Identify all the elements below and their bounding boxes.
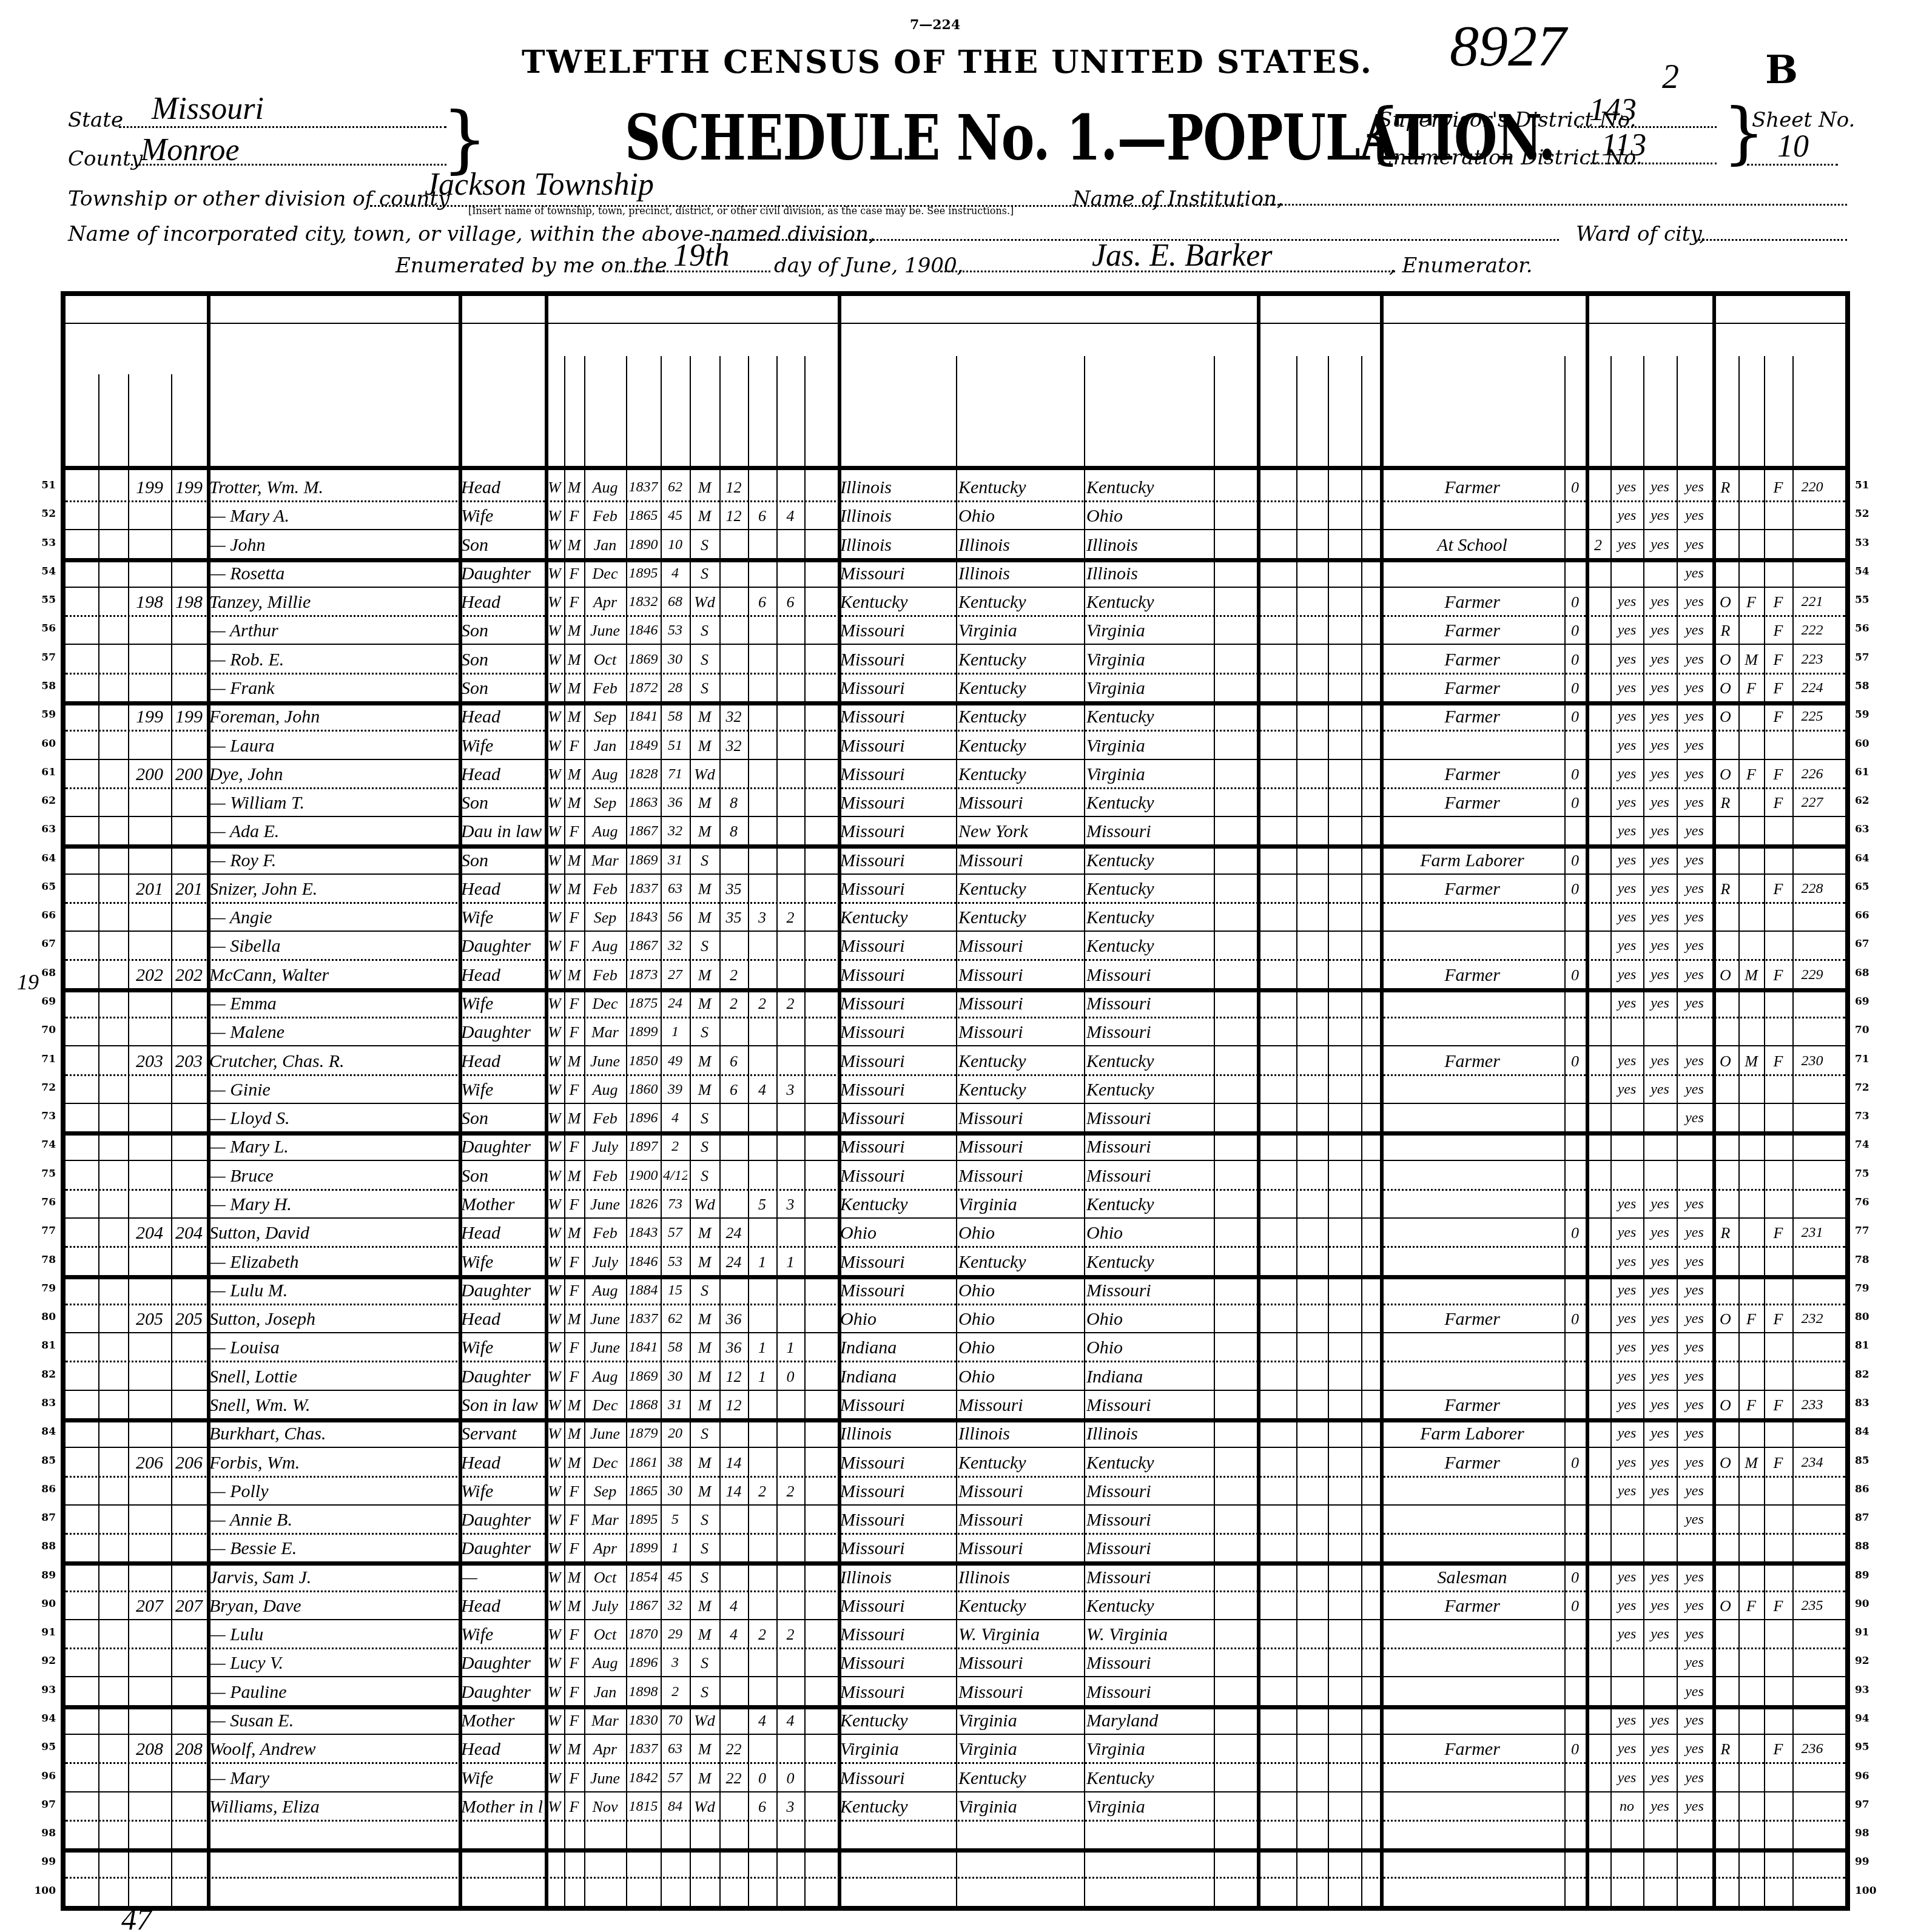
cell-age[interactable]: 38 bbox=[663, 1449, 687, 1477]
cell-color[interactable]: W bbox=[547, 1047, 562, 1075]
cell-free[interactable] bbox=[1741, 1506, 1762, 1534]
cell-schedule[interactable]: 235 bbox=[1795, 1592, 1829, 1620]
cell-own[interactable] bbox=[1715, 559, 1736, 588]
cell-year[interactable]: 1890 bbox=[628, 531, 658, 559]
cell-occupation[interactable]: Farmer bbox=[1382, 1735, 1562, 1763]
cell-month[interactable]: Nov bbox=[587, 1792, 624, 1821]
cell-dwelling[interactable] bbox=[130, 1419, 169, 1448]
cell-dwelling[interactable]: 200 bbox=[130, 760, 169, 789]
cell-color[interactable]: W bbox=[547, 1276, 562, 1305]
cell-mother-of[interactable] bbox=[750, 1534, 774, 1563]
cell-family[interactable]: 204 bbox=[173, 1219, 204, 1247]
cell-own[interactable]: O bbox=[1715, 645, 1736, 674]
cell-read[interactable]: yes bbox=[1613, 473, 1641, 502]
cell-school[interactable] bbox=[1588, 1162, 1608, 1190]
cell-write[interactable] bbox=[1646, 1162, 1674, 1190]
cell-yrs-married[interactable] bbox=[722, 1419, 745, 1448]
cell-name[interactable]: Snizer, John E. bbox=[209, 875, 456, 903]
cell-family[interactable]: 199 bbox=[173, 473, 204, 502]
cell-color[interactable]: W bbox=[547, 1792, 562, 1821]
cell-year[interactable]: 1899 bbox=[628, 1018, 658, 1046]
cell-yrs-married[interactable] bbox=[722, 1276, 745, 1305]
cell-year[interactable]: 1815 bbox=[628, 1792, 658, 1821]
cell-english[interactable]: yes bbox=[1679, 1592, 1710, 1620]
cell-father-birth[interactable]: Illinois bbox=[958, 1563, 1082, 1592]
cell-father-birth[interactable]: Kentucky bbox=[958, 1449, 1082, 1477]
cell-name[interactable]: — William T. bbox=[209, 789, 456, 817]
cell-father-birth[interactable] bbox=[958, 1850, 1082, 1878]
cell-school[interactable] bbox=[1588, 1506, 1608, 1534]
cell-marital[interactable]: Wd bbox=[692, 760, 717, 789]
cell-living[interactable] bbox=[779, 1162, 802, 1190]
cell-occupation[interactable]: Farmer bbox=[1382, 1391, 1562, 1419]
cell-english[interactable]: yes bbox=[1679, 817, 1710, 846]
cell-sex[interactable]: M bbox=[567, 1104, 582, 1133]
cell-schedule[interactable] bbox=[1795, 1018, 1829, 1046]
cell-month[interactable]: Dec bbox=[587, 989, 624, 1018]
cell-year[interactable]: 1837 bbox=[628, 1735, 658, 1763]
cell-write[interactable]: yes bbox=[1646, 1276, 1674, 1305]
cell-month[interactable]: Mar bbox=[587, 1506, 624, 1534]
cell-farm[interactable] bbox=[1766, 1534, 1790, 1563]
cell-relation[interactable]: Head bbox=[461, 1735, 542, 1763]
cell-mother-birth[interactable]: Maryland bbox=[1086, 1706, 1211, 1735]
cell-birth[interactable]: Missouri bbox=[840, 1391, 954, 1419]
cell-father-birth[interactable]: Missouri bbox=[958, 932, 1082, 960]
cell-age[interactable]: 4/12 bbox=[663, 1162, 687, 1190]
cell-name[interactable]: Foreman, John bbox=[209, 702, 456, 731]
cell-own[interactable]: O bbox=[1715, 588, 1736, 616]
cell-mother-of[interactable] bbox=[750, 1419, 774, 1448]
cell-yrs-married[interactable] bbox=[722, 1879, 745, 1907]
cell-dwelling[interactable] bbox=[130, 817, 169, 846]
cell-birth[interactable]: Missouri bbox=[840, 1678, 954, 1706]
cell-unemployed[interactable] bbox=[1567, 1706, 1583, 1735]
cell-sex[interactable]: F bbox=[567, 1075, 582, 1104]
cell-mother-birth[interactable]: Kentucky bbox=[1086, 932, 1211, 960]
cell-sex[interactable]: F bbox=[567, 1362, 582, 1391]
cell-father-birth[interactable]: Missouri bbox=[958, 1477, 1082, 1506]
cell-free[interactable]: F bbox=[1741, 674, 1762, 702]
cell-color[interactable]: W bbox=[547, 1534, 562, 1563]
cell-family[interactable] bbox=[173, 1362, 204, 1391]
cell-mother-birth[interactable]: Illinois bbox=[1086, 559, 1211, 588]
cell-name[interactable]: — Mary L. bbox=[209, 1133, 456, 1161]
cell-relation[interactable]: Daughter bbox=[461, 1133, 542, 1161]
cell-occupation[interactable] bbox=[1382, 1104, 1562, 1133]
cell-marital[interactable]: S bbox=[692, 1534, 717, 1563]
cell-yrs-married[interactable]: 32 bbox=[722, 702, 745, 731]
cell-read[interactable] bbox=[1613, 1678, 1641, 1706]
cell-age[interactable]: 53 bbox=[663, 1248, 687, 1276]
cell-name[interactable]: — Polly bbox=[209, 1477, 456, 1506]
cell-birth[interactable] bbox=[840, 1821, 954, 1850]
cell-month[interactable]: Oct bbox=[587, 645, 624, 674]
cell-occupation[interactable]: Salesman bbox=[1382, 1563, 1562, 1592]
cell-age[interactable]: 45 bbox=[663, 502, 687, 530]
cell-marital[interactable]: M bbox=[692, 903, 717, 932]
cell-occupation[interactable] bbox=[1382, 1248, 1562, 1276]
cell-schedule[interactable] bbox=[1795, 1649, 1829, 1677]
cell-color[interactable]: W bbox=[547, 1248, 562, 1276]
cell-age[interactable]: 56 bbox=[663, 903, 687, 932]
cell-schedule[interactable] bbox=[1795, 1477, 1829, 1506]
cell-age[interactable]: 63 bbox=[663, 1735, 687, 1763]
cell-mother-birth[interactable]: Kentucky bbox=[1086, 1248, 1211, 1276]
cell-living[interactable]: 3 bbox=[779, 1792, 802, 1821]
cell-occupation[interactable]: Farmer bbox=[1382, 1592, 1562, 1620]
cell-color[interactable]: W bbox=[547, 559, 562, 588]
cell-mother-of[interactable] bbox=[750, 1649, 774, 1677]
cell-name[interactable]: — Bruce bbox=[209, 1162, 456, 1190]
cell-sex[interactable]: F bbox=[567, 1678, 582, 1706]
cell-mother-of[interactable] bbox=[750, 846, 774, 875]
cell-birth[interactable]: Missouri bbox=[840, 1649, 954, 1677]
cell-unemployed[interactable] bbox=[1567, 502, 1583, 530]
cell-free[interactable] bbox=[1741, 1333, 1762, 1362]
cell-relation[interactable]: Dau in law bbox=[461, 817, 542, 846]
cell-own[interactable] bbox=[1715, 502, 1736, 530]
cell-school[interactable] bbox=[1588, 1706, 1608, 1735]
cell-yrs-married[interactable] bbox=[722, 559, 745, 588]
cell-dwelling[interactable] bbox=[130, 989, 169, 1018]
cell-english[interactable]: yes bbox=[1679, 1276, 1710, 1305]
cell-color[interactable]: W bbox=[547, 1735, 562, 1763]
cell-living[interactable] bbox=[779, 932, 802, 960]
cell-yrs-married[interactable]: 36 bbox=[722, 1305, 745, 1333]
cell-living[interactable] bbox=[779, 702, 802, 731]
cell-color[interactable]: W bbox=[547, 1592, 562, 1620]
cell-school[interactable] bbox=[1588, 1735, 1608, 1763]
cell-color[interactable]: W bbox=[547, 1018, 562, 1046]
cell-marital[interactable]: M bbox=[692, 502, 717, 530]
cell-read[interactable]: yes bbox=[1613, 760, 1641, 789]
cell-dwelling[interactable] bbox=[130, 1248, 169, 1276]
cell-occupation[interactable]: Farmer bbox=[1382, 760, 1562, 789]
cell-occupation[interactable]: Farm Laborer bbox=[1382, 1419, 1562, 1448]
cell-father-birth[interactable]: Kentucky bbox=[958, 1764, 1082, 1792]
cell-month[interactable]: Feb bbox=[587, 961, 624, 989]
cell-living[interactable] bbox=[779, 473, 802, 502]
cell-birth[interactable]: Ohio bbox=[840, 1219, 954, 1247]
cell-read[interactable]: yes bbox=[1613, 817, 1641, 846]
cell-yrs-married[interactable]: 12 bbox=[722, 1391, 745, 1419]
cell-yrs-married[interactable] bbox=[722, 1706, 745, 1735]
cell-family[interactable]: 201 bbox=[173, 875, 204, 903]
cell-age[interactable]: 39 bbox=[663, 1075, 687, 1104]
cell-sex[interactable]: F bbox=[567, 1620, 582, 1649]
cell-farm[interactable]: F bbox=[1766, 473, 1790, 502]
cell-mother-birth[interactable]: Kentucky bbox=[1086, 1449, 1211, 1477]
cell-free[interactable] bbox=[1741, 1563, 1762, 1592]
cell-month[interactable]: Mar bbox=[587, 1706, 624, 1735]
cell-english[interactable] bbox=[1679, 1850, 1710, 1878]
cell-english[interactable]: yes bbox=[1679, 616, 1710, 645]
cell-english[interactable]: yes bbox=[1679, 473, 1710, 502]
cell-schedule[interactable]: 230 bbox=[1795, 1047, 1829, 1075]
cell-name[interactable]: Williams, Eliza bbox=[209, 1792, 456, 1821]
cell-dwelling[interactable] bbox=[130, 1563, 169, 1592]
cell-marital[interactable]: Wd bbox=[692, 1190, 717, 1219]
cell-year[interactable]: 1896 bbox=[628, 1649, 658, 1677]
cell-month[interactable]: Dec bbox=[587, 559, 624, 588]
cell-write[interactable]: yes bbox=[1646, 645, 1674, 674]
cell-year[interactable]: 1867 bbox=[628, 1592, 658, 1620]
cell-read[interactable]: yes bbox=[1613, 1735, 1641, 1763]
cell-dwelling[interactable] bbox=[130, 1706, 169, 1735]
cell-relation[interactable]: Wife bbox=[461, 1764, 542, 1792]
cell-school[interactable] bbox=[1588, 1792, 1608, 1821]
cell-unemployed[interactable]: 0 bbox=[1567, 789, 1583, 817]
cell-schedule[interactable] bbox=[1795, 1333, 1829, 1362]
cell-free[interactable] bbox=[1741, 1764, 1762, 1792]
cell-sex[interactable]: M bbox=[567, 1419, 582, 1448]
cell-family[interactable] bbox=[173, 1764, 204, 1792]
cell-name[interactable]: — Angie bbox=[209, 903, 456, 932]
cell-free[interactable] bbox=[1741, 1821, 1762, 1850]
cell-occupation[interactable] bbox=[1382, 817, 1562, 846]
cell-schedule[interactable] bbox=[1795, 1620, 1829, 1649]
cell-dwelling[interactable]: 204 bbox=[130, 1219, 169, 1247]
cell-age[interactable]: 53 bbox=[663, 616, 687, 645]
cell-mother-of[interactable] bbox=[750, 1592, 774, 1620]
cell-unemployed[interactable]: 0 bbox=[1567, 674, 1583, 702]
cell-mother-birth[interactable]: Ohio bbox=[1086, 1333, 1211, 1362]
cell-english[interactable]: yes bbox=[1679, 989, 1710, 1018]
cell-write[interactable]: yes bbox=[1646, 932, 1674, 960]
cell-schedule[interactable] bbox=[1795, 1104, 1829, 1133]
cell-yrs-married[interactable]: 35 bbox=[722, 903, 745, 932]
cell-schedule[interactable] bbox=[1795, 1362, 1829, 1391]
cell-write[interactable] bbox=[1646, 1678, 1674, 1706]
cell-english[interactable] bbox=[1679, 1018, 1710, 1046]
cell-free[interactable] bbox=[1741, 1133, 1762, 1161]
cell-school[interactable] bbox=[1588, 1449, 1608, 1477]
cell-dwelling[interactable] bbox=[130, 1534, 169, 1563]
cell-father-birth[interactable]: Kentucky bbox=[958, 645, 1082, 674]
cell-write[interactable] bbox=[1646, 1506, 1674, 1534]
cell-read[interactable]: yes bbox=[1613, 875, 1641, 903]
cell-sex[interactable]: F bbox=[567, 817, 582, 846]
cell-relation[interactable]: Daughter bbox=[461, 932, 542, 960]
cell-mother-of[interactable] bbox=[750, 961, 774, 989]
cell-schedule[interactable]: 227 bbox=[1795, 789, 1829, 817]
cell-age[interactable]: 2 bbox=[663, 1678, 687, 1706]
cell-marital[interactable]: M bbox=[692, 1075, 717, 1104]
cell-free[interactable] bbox=[1741, 1104, 1762, 1133]
cell-mother-birth[interactable] bbox=[1086, 1821, 1211, 1850]
cell-farm[interactable] bbox=[1766, 1506, 1790, 1534]
cell-age[interactable]: 28 bbox=[663, 674, 687, 702]
cell-marital[interactable]: S bbox=[692, 932, 717, 960]
cell-month[interactable]: Apr bbox=[587, 588, 624, 616]
cell-farm[interactable] bbox=[1766, 1706, 1790, 1735]
cell-yrs-married[interactable] bbox=[722, 588, 745, 616]
cell-yrs-married[interactable]: 24 bbox=[722, 1219, 745, 1247]
cell-unemployed[interactable]: 0 bbox=[1567, 1449, 1583, 1477]
cell-school[interactable] bbox=[1588, 1563, 1608, 1592]
cell-mother-of[interactable] bbox=[750, 1879, 774, 1907]
cell-free[interactable] bbox=[1741, 1190, 1762, 1219]
cell-free[interactable] bbox=[1741, 817, 1762, 846]
cell-english[interactable]: yes bbox=[1679, 1706, 1710, 1735]
cell-write[interactable]: yes bbox=[1646, 473, 1674, 502]
cell-write[interactable]: yes bbox=[1646, 1333, 1674, 1362]
cell-school[interactable] bbox=[1588, 1305, 1608, 1333]
cell-school[interactable] bbox=[1588, 1219, 1608, 1247]
cell-marital[interactable]: M bbox=[692, 1477, 717, 1506]
cell-schedule[interactable] bbox=[1795, 1678, 1829, 1706]
cell-relation[interactable]: Mother bbox=[461, 1190, 542, 1219]
cell-occupation[interactable] bbox=[1382, 1506, 1562, 1534]
cell-yrs-married[interactable] bbox=[722, 760, 745, 789]
cell-mother-birth[interactable]: Kentucky bbox=[1086, 473, 1211, 502]
cell-english[interactable]: yes bbox=[1679, 1362, 1710, 1391]
cell-father-birth[interactable]: Missouri bbox=[958, 1506, 1082, 1534]
cell-farm[interactable] bbox=[1766, 502, 1790, 530]
enumerator-name-field[interactable]: Jas. E. Barker bbox=[1092, 238, 1272, 274]
cell-living[interactable] bbox=[779, 1449, 802, 1477]
cell-english[interactable]: yes bbox=[1679, 961, 1710, 989]
cell-relation[interactable]: Wife bbox=[461, 1075, 542, 1104]
cell-mother-of[interactable] bbox=[750, 645, 774, 674]
sheet-number-field[interactable]: 10 bbox=[1777, 129, 1809, 164]
cell-dwelling[interactable] bbox=[130, 1764, 169, 1792]
cell-marital[interactable]: M bbox=[692, 989, 717, 1018]
cell-write[interactable] bbox=[1646, 1649, 1674, 1677]
cell-yrs-married[interactable] bbox=[722, 932, 745, 960]
cell-english[interactable]: yes bbox=[1679, 1563, 1710, 1592]
cell-sex[interactable]: F bbox=[567, 559, 582, 588]
cell-school[interactable] bbox=[1588, 817, 1608, 846]
cell-birth[interactable]: Kentucky bbox=[840, 903, 954, 932]
cell-birth[interactable]: Kentucky bbox=[840, 1792, 954, 1821]
cell-farm[interactable] bbox=[1766, 1248, 1790, 1276]
cell-mother-birth[interactable]: Kentucky bbox=[1086, 1075, 1211, 1104]
cell-year[interactable]: 1873 bbox=[628, 961, 658, 989]
cell-year[interactable]: 1841 bbox=[628, 1333, 658, 1362]
cell-unemployed[interactable]: 0 bbox=[1567, 846, 1583, 875]
cell-write[interactable]: yes bbox=[1646, 1075, 1674, 1104]
cell-own[interactable] bbox=[1715, 531, 1736, 559]
cell-schedule[interactable] bbox=[1795, 1190, 1829, 1219]
cell-sex[interactable]: M bbox=[567, 1391, 582, 1419]
cell-color[interactable]: W bbox=[547, 531, 562, 559]
cell-write[interactable]: yes bbox=[1646, 616, 1674, 645]
cell-occupation[interactable] bbox=[1382, 1678, 1562, 1706]
cell-marital[interactable]: S bbox=[692, 616, 717, 645]
cell-own[interactable]: O bbox=[1715, 1305, 1736, 1333]
cell-own[interactable]: O bbox=[1715, 1047, 1736, 1075]
cell-color[interactable]: W bbox=[547, 616, 562, 645]
cell-unemployed[interactable] bbox=[1567, 817, 1583, 846]
cell-year[interactable]: 1869 bbox=[628, 1362, 658, 1391]
cell-year[interactable]: 1867 bbox=[628, 932, 658, 960]
cell-mother-birth[interactable]: Kentucky bbox=[1086, 702, 1211, 731]
cell-schedule[interactable] bbox=[1795, 1850, 1829, 1878]
cell-farm[interactable]: F bbox=[1766, 1047, 1790, 1075]
cell-write[interactable]: yes bbox=[1646, 1419, 1674, 1448]
cell-dwelling[interactable] bbox=[130, 502, 169, 530]
cell-free[interactable]: F bbox=[1741, 588, 1762, 616]
cell-schedule[interactable] bbox=[1795, 531, 1829, 559]
cell-name[interactable]: Trotter, Wm. M. bbox=[209, 473, 456, 502]
cell-school[interactable] bbox=[1588, 1534, 1608, 1563]
cell-farm[interactable] bbox=[1766, 1764, 1790, 1792]
cell-dwelling[interactable] bbox=[130, 559, 169, 588]
cell-write[interactable] bbox=[1646, 1821, 1674, 1850]
cell-free[interactable] bbox=[1741, 1792, 1762, 1821]
cell-yrs-married[interactable] bbox=[722, 645, 745, 674]
cell-relation[interactable]: Mother in law bbox=[461, 1792, 542, 1821]
cell-school[interactable] bbox=[1588, 616, 1608, 645]
cell-year[interactable]: 1861 bbox=[628, 1449, 658, 1477]
cell-school[interactable] bbox=[1588, 473, 1608, 502]
cell-color[interactable]: W bbox=[547, 1419, 562, 1448]
cell-own[interactable]: R bbox=[1715, 875, 1736, 903]
cell-sex[interactable]: F bbox=[567, 989, 582, 1018]
cell-living[interactable]: 0 bbox=[779, 1764, 802, 1792]
cell-name[interactable]: — Laura bbox=[209, 732, 456, 760]
cell-farm[interactable] bbox=[1766, 531, 1790, 559]
cell-month[interactable]: Jan bbox=[587, 1678, 624, 1706]
cell-father-birth[interactable]: Missouri bbox=[958, 1162, 1082, 1190]
cell-schedule[interactable]: 223 bbox=[1795, 645, 1829, 674]
cell-mother-birth[interactable]: Missouri bbox=[1086, 1506, 1211, 1534]
cell-color[interactable]: W bbox=[547, 1620, 562, 1649]
cell-sex[interactable]: M bbox=[567, 645, 582, 674]
cell-free[interactable] bbox=[1741, 1018, 1762, 1046]
cell-farm[interactable] bbox=[1766, 1879, 1790, 1907]
cell-age[interactable]: 57 bbox=[663, 1219, 687, 1247]
cell-name[interactable]: — Rosetta bbox=[209, 559, 456, 588]
cell-living[interactable]: 2 bbox=[779, 903, 802, 932]
cell-dwelling[interactable]: 208 bbox=[130, 1735, 169, 1763]
cell-family[interactable] bbox=[173, 1162, 204, 1190]
cell-dwelling[interactable] bbox=[130, 1018, 169, 1046]
cell-schedule[interactable]: 233 bbox=[1795, 1391, 1829, 1419]
cell-year[interactable]: 1865 bbox=[628, 1477, 658, 1506]
cell-farm[interactable]: F bbox=[1766, 789, 1790, 817]
cell-birth[interactable]: Missouri bbox=[840, 846, 954, 875]
cell-color[interactable]: W bbox=[547, 1190, 562, 1219]
cell-month[interactable]: Feb bbox=[587, 1162, 624, 1190]
cell-dwelling[interactable] bbox=[130, 932, 169, 960]
cell-mother-of[interactable]: 2 bbox=[750, 1477, 774, 1506]
cell-free[interactable] bbox=[1741, 1850, 1762, 1878]
cell-own[interactable] bbox=[1715, 1276, 1736, 1305]
cell-write[interactable]: yes bbox=[1646, 674, 1674, 702]
cell-marital[interactable]: S bbox=[692, 1133, 717, 1161]
cell-color[interactable]: W bbox=[547, 1649, 562, 1677]
cell-month[interactable]: Apr bbox=[587, 1735, 624, 1763]
cell-farm[interactable] bbox=[1766, 732, 1790, 760]
cell-read[interactable] bbox=[1613, 1850, 1641, 1878]
cell-birth[interactable]: Missouri bbox=[840, 674, 954, 702]
cell-mother-birth[interactable]: Kentucky bbox=[1086, 1592, 1211, 1620]
cell-free[interactable] bbox=[1741, 616, 1762, 645]
cell-sex[interactable]: M bbox=[567, 1449, 582, 1477]
cell-month[interactable]: Aug bbox=[587, 1075, 624, 1104]
cell-english[interactable]: yes bbox=[1679, 1792, 1710, 1821]
cell-free[interactable] bbox=[1741, 559, 1762, 588]
cell-dwelling[interactable] bbox=[130, 1162, 169, 1190]
cell-english[interactable]: yes bbox=[1679, 1075, 1710, 1104]
cell-name[interactable]: — Ginie bbox=[209, 1075, 456, 1104]
cell-age[interactable]: 58 bbox=[663, 702, 687, 731]
cell-read[interactable] bbox=[1613, 1018, 1641, 1046]
cell-english[interactable]: yes bbox=[1679, 1678, 1710, 1706]
